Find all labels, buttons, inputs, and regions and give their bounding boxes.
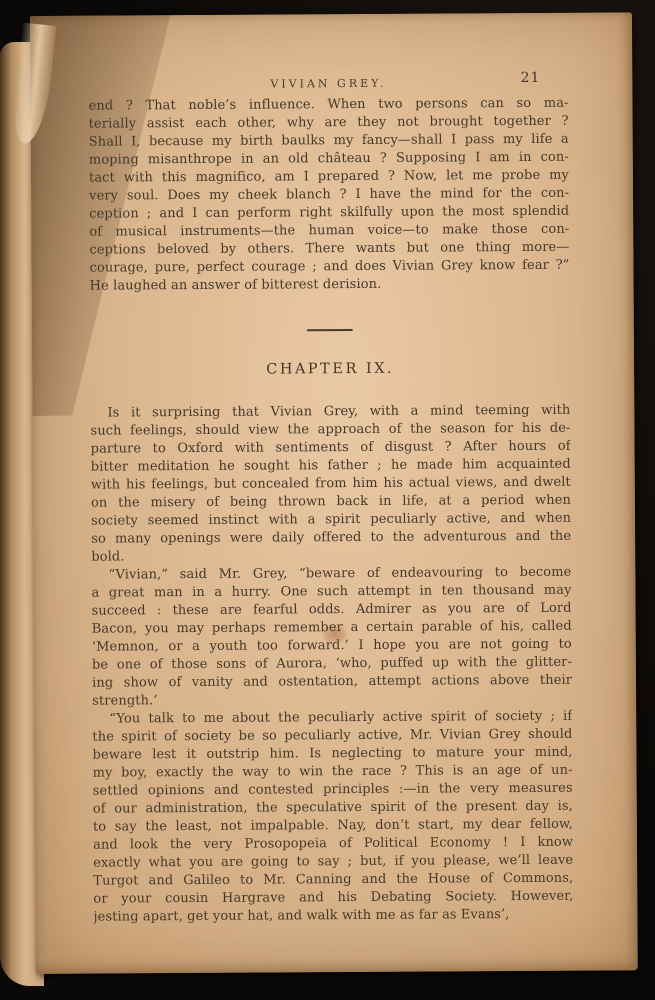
text-line: ing show of vanity and ostentation, atte…	[92, 672, 572, 693]
section-divider	[307, 329, 353, 331]
book-photo-background: VIVIAN GREY. 21 end ? That noble’s influ…	[0, 0, 655, 1000]
paragraph-continuation: end ? That noble’s influence. When two p…	[88, 95, 569, 296]
text-line: He laughed an answer of bitterest derisi…	[90, 275, 570, 296]
page-content: VIVIAN GREY. 21 end ? That noble’s influ…	[88, 71, 573, 927]
text-line: courage, pure, perfect courage ; and doe…	[89, 257, 569, 278]
paragraph: “You talk to me about the peculiarly act…	[92, 708, 573, 927]
paragraph: Is it surprising that Vivian Grey, with …	[90, 402, 571, 567]
paragraph: “Vivian,” said Mr. Grey, “beware of ende…	[91, 564, 572, 711]
running-header: VIVIAN GREY. 21	[88, 71, 568, 92]
chapter-heading: CHAPTER IX.	[90, 360, 570, 383]
text-line: so many openings were daily offered to t…	[91, 528, 571, 549]
text-line: jesting apart, get your hat, and walk wi…	[93, 906, 573, 927]
running-header-title: VIVIAN GREY.	[270, 77, 386, 91]
page-number: 21	[521, 70, 541, 86]
book-page: VIVIAN GREY. 21 end ? That noble’s influ…	[30, 12, 638, 974]
